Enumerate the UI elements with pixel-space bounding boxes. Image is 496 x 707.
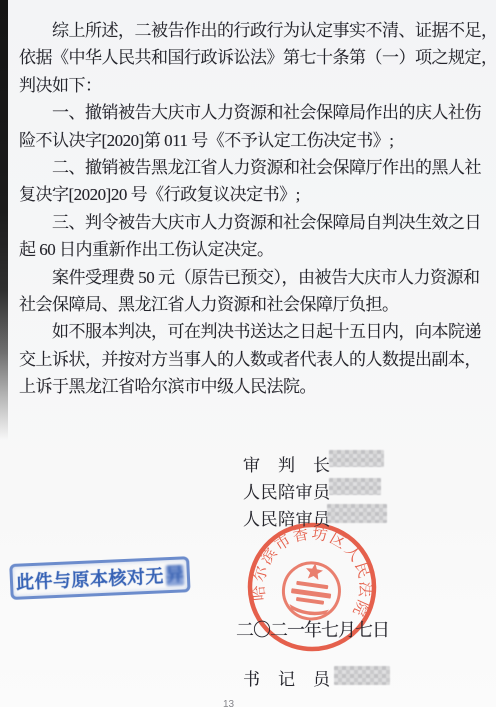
body-line: 如不服本判决，可在判决书送达之日起十五日内，向本院递	[19, 318, 481, 345]
presiding-judge-name-redacted	[329, 450, 384, 467]
body-line: 综上所述，二被告作出的行政行为认定事实不清、证据不足，	[19, 17, 481, 44]
body-line: 二、撤销被告黑龙江省人力资源和社会保障厅作出的黑人社	[19, 154, 481, 181]
body-line: 三、判令被告大庆市人力资源和社会保障局自判决生效之日	[19, 209, 481, 236]
verification-stamp: 此件与原本核对无 异	[9, 556, 190, 600]
scan-edge-shadow	[0, 0, 8, 440]
judgment-date: 二〇二一年七月七日	[236, 616, 389, 642]
body-line: 险不认决字[2020]第 011 号《不予认定工伤决定书》;	[19, 127, 481, 154]
page-number: 13	[223, 699, 234, 707]
clerk-name-redacted	[334, 666, 390, 685]
body-line: 一、撤销被告大庆市人力资源和社会保障局作出的庆人社伤	[19, 99, 481, 126]
body-line: 复决字[2020]20 号《行政复议决定书》;	[19, 181, 481, 208]
verification-stamp-text: 此件与原本核对无	[15, 562, 164, 594]
body-line: 案件受理费 50 元（原告已预交），由被告大庆市人力资源和	[19, 264, 481, 291]
judgment-document-page: 综上所述，二被告作出的行政行为认定事实不清、证据不足， 依据《中华人民共和国行政…	[0, 0, 496, 707]
assessor1-name-redacted	[329, 478, 381, 495]
body-line: 依据《中华人民共和国行政诉讼法》第七十条第（一）项之规定，	[19, 44, 481, 71]
national-emblem-icon	[280, 559, 343, 622]
body-line: 交上诉状，并按对方当事人的人数或者代表人的人数提出副本，	[19, 346, 481, 373]
assessor2-name-redacted	[327, 504, 387, 523]
body-line: 社会保障局、黑龙江省人力资源和社会保障厅负担。	[19, 291, 481, 318]
body-line: 上诉于黑龙江省哈尔滨市中级人民法院。	[19, 373, 481, 400]
verification-stamp-smudged-char: 异	[165, 564, 184, 586]
judgment-body: 综上所述，二被告作出的行政行为认定事实不清、证据不足， 依据《中华人民共和国行政…	[19, 17, 481, 401]
body-line: 判决如下：	[19, 72, 481, 99]
body-line: 起 60 日内重新作出工伤认定决定。	[19, 236, 481, 263]
